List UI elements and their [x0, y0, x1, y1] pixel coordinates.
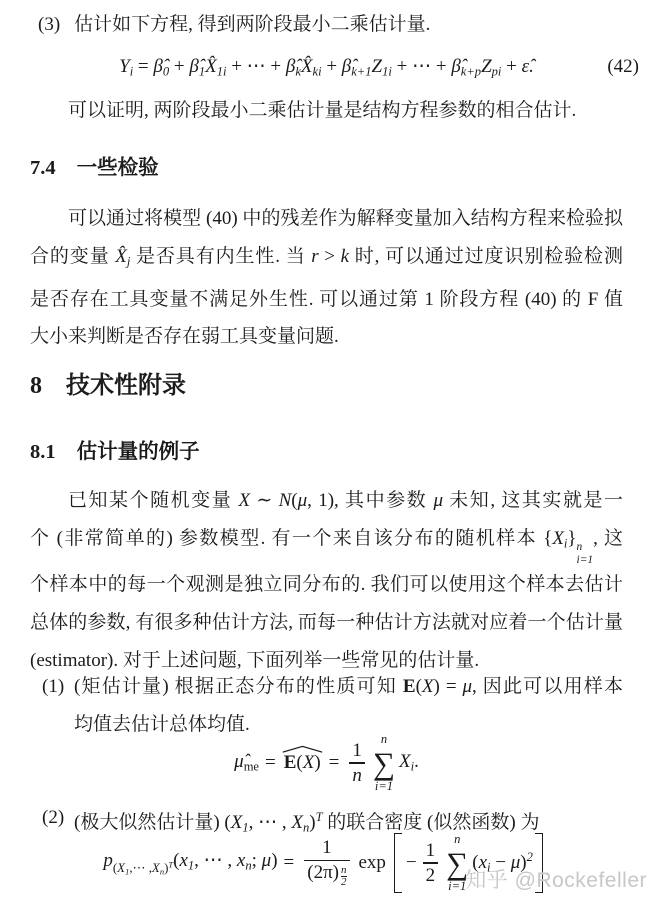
- section-title: 估计量的例子: [77, 441, 200, 463]
- math-token: ∼: [250, 490, 278, 511]
- math-token: ,⋯ ,: [129, 860, 152, 875]
- math-token: μ: [262, 850, 272, 871]
- equation-42-body: Yi = β̂0 + β̂1X̂1i + ⋯ + β̂kX̂ki + β̂k+1…: [119, 55, 534, 80]
- watermark: 知乎 @Rockefeller: [465, 864, 647, 894]
- math-token: β̂k+1: [342, 56, 372, 77]
- math-token: 可以通过将模型 (40) 中的残差作为解释变量加入结构方程来检验拟: [68, 208, 623, 229]
- math-token: β̂k: [286, 56, 301, 77]
- mu-hat-group: μ̂me: [234, 751, 259, 775]
- math-token: ): [271, 850, 277, 871]
- math-token: Xi: [552, 528, 567, 549]
- math-token: 可以证明, 两阶段最小二乘估计量是结构方程参数的相合估计.: [68, 100, 576, 121]
- math-token: >: [319, 246, 341, 267]
- section-number: 8: [30, 373, 42, 399]
- math-token: Zpi: [481, 56, 501, 77]
- text-line: 个样本中的每一个观测是独立同分布的. 我们可以使用这个样本去估计: [30, 566, 623, 604]
- math-token: +: [322, 56, 342, 77]
- math-token: X1: [117, 860, 129, 875]
- math-token: X: [239, 490, 251, 511]
- math-token: 个样本中的每一个观测是独立同分布的. 我们可以使用这个样本去估计: [30, 574, 623, 595]
- math-subscript: 1i: [382, 64, 392, 78]
- math-token: 总体的参数, 有很多种估计方法, 而每一种估计方法就对应着一个估计量: [30, 612, 623, 633]
- text-line: 个 (非常简单的) 参数模型. 有一个来自该分布的随机样本 {Xi}ni=1, …: [30, 520, 623, 567]
- math-token: + ⋯ +: [392, 56, 451, 77]
- text-line: (矩估计量) 根据正态分布的性质可知 E(X) = μ, 因此可以用样本: [74, 668, 623, 706]
- math-token: 大小来判断是否存在弱工具变量问题.: [30, 326, 339, 347]
- wide-hat-icon: [282, 745, 323, 753]
- summation-symbol: n∑i=1: [373, 733, 395, 794]
- text-line: 合的变量 X̂j 是否具有内生性. 当 r > k 时, 可以通过过度识别检验检…: [30, 238, 623, 281]
- exp-operator: exp: [359, 852, 386, 874]
- math-token: X̂j: [115, 246, 130, 267]
- math-token: ε̂.: [522, 56, 534, 77]
- equals-sign: =: [284, 852, 295, 874]
- list-item-3: (3)估计如下方程, 得到两阶段最小二乘估计量.: [30, 10, 623, 40]
- math-token: μ: [433, 490, 443, 511]
- math-token: +: [501, 56, 521, 77]
- math-superscript: T: [316, 810, 323, 824]
- math-token: μ: [298, 490, 308, 511]
- section-heading-8-1: 8.1估计量的例子: [30, 440, 623, 465]
- math-token: 估计如下方程, 得到两阶段最小二乘估计量.: [74, 14, 430, 35]
- denominator: (2π)n2: [304, 862, 349, 889]
- math-token: xn: [237, 850, 252, 871]
- math-token: μ: [463, 676, 473, 697]
- function-arguments: (x1, ⋯ , xn; μ): [173, 850, 277, 871]
- math-token: k: [341, 246, 349, 267]
- one-half-fraction: 12: [423, 840, 439, 887]
- math-token: Z1i: [372, 56, 392, 77]
- equation-moment-estimator: μ̂me = E(X) = 1n n∑i=1 Xi.: [30, 730, 623, 796]
- normalizing-fraction: 1(2π)n2: [304, 837, 349, 889]
- fraction-one-over-n: 1n: [349, 740, 365, 787]
- math-token: x1: [179, 850, 194, 871]
- math-token: 已知某个随机变量: [68, 490, 239, 511]
- equals-sign: =: [265, 752, 276, 774]
- equation-42: Yi = β̂0 + β̂1X̂1i + ⋯ + β̂kX̂ki + β̂k+1…: [30, 48, 623, 86]
- math-token: , 1), 其中参数: [307, 490, 433, 511]
- density-function-group: p(X1,⋯ ,Xn)T(x1, ⋯ , xn; μ): [103, 849, 277, 876]
- math-token: {: [543, 528, 552, 549]
- fraction-bar: [423, 862, 439, 863]
- math-token: β̂1: [189, 56, 205, 77]
- math-token: β̂0: [153, 56, 169, 77]
- math-token: ) =: [434, 676, 463, 697]
- math-token: Xi: [399, 751, 414, 772]
- math-token: }ni=1: [567, 528, 593, 549]
- math-subscript: ki: [313, 64, 322, 78]
- left-bracket: [394, 833, 402, 894]
- p-subscript: (X1,⋯ ,Xn)T: [113, 860, 173, 875]
- math-token: 是否存在工具变量不满足外生性. 可以通过第 1 阶段方程 (40) 的 F 值: [30, 289, 623, 310]
- math-token: ): [314, 752, 320, 773]
- section-number: 8.1: [30, 441, 56, 463]
- math-token: 个 (非常简单的) 参数模型. 有一个来自该分布的随机样本: [30, 528, 543, 549]
- math-token: .: [414, 751, 419, 772]
- math-token: X: [303, 752, 315, 773]
- p-symbol: p: [103, 850, 113, 871]
- math-token: N: [279, 490, 292, 511]
- equals-sign: =: [329, 752, 340, 774]
- exponent-fraction: n2: [341, 865, 347, 889]
- math-subscript: k+1: [351, 64, 371, 78]
- paragraph-estimators: 已知某个随机变量 X ∼ N(μ, 1), 其中参数 μ 未知, 这其实就是一 …: [30, 482, 623, 679]
- math-token: 未知, 这其实就是一: [443, 490, 623, 511]
- paragraph-tests: 可以通过将模型 (40) 中的残差作为解释变量加入结构方程来检验拟 合的变量 X…: [30, 200, 623, 356]
- math-limits-stack: ni=1: [577, 541, 594, 567]
- wide-hat-group: E(X): [282, 752, 323, 774]
- math-token: , 这: [593, 528, 623, 549]
- equation-number: (42): [607, 56, 639, 78]
- text-line: 可以通过将模型 (40) 中的残差作为解释变量加入结构方程来检验拟: [30, 200, 623, 238]
- math-token: β̂k+p: [451, 56, 481, 77]
- text-line: 是否存在工具变量不满足外生性. 可以通过第 1 阶段方程 (40) 的 F 值: [30, 281, 623, 319]
- item-number: (3): [38, 14, 60, 35]
- math-token: ;: [252, 850, 262, 871]
- math-token: Yi: [119, 56, 133, 77]
- math-superscript: 2: [527, 850, 533, 864]
- mu-hat-subscript: me: [244, 760, 259, 774]
- item-text: 估计如下方程, 得到两阶段最小二乘估计量.: [74, 14, 430, 35]
- math-subscript: k+p: [461, 64, 481, 78]
- math-token: X̂ki: [301, 56, 322, 77]
- fraction-bar: [304, 860, 349, 861]
- section-title: 技术性附录: [66, 373, 186, 399]
- math-token: , ⋯ ,: [194, 850, 237, 871]
- section-title: 一些检验: [77, 157, 159, 179]
- math-subscript: pi: [492, 64, 502, 78]
- text-line: 大小来判断是否存在弱工具变量问题.: [30, 318, 623, 356]
- section-heading-7-4: 7.4一些检验: [30, 156, 623, 181]
- math-token: 合的变量: [30, 246, 115, 267]
- math-token: =: [133, 56, 153, 77]
- paragraph-text: 可以证明, 两阶段最小二乘估计量是结构方程参数的相合估计.: [68, 100, 576, 121]
- text-line: 已知某个随机变量 X ∼ N(μ, 1), 其中参数 μ 未知, 这其实就是一: [30, 482, 623, 520]
- math-token: r: [311, 246, 318, 267]
- minus-sign: −: [406, 852, 417, 874]
- paragraph-conclusion: 可以证明, 两阶段最小二乘估计量是结构方程参数的相合估计.: [30, 92, 653, 130]
- math-token: +: [169, 56, 189, 77]
- summand: Xi.: [399, 751, 419, 775]
- math-token: 时, 可以通过过度识别检验检测: [349, 246, 623, 267]
- math-token: + ⋯ +: [226, 56, 285, 77]
- math-token: (矩估计量) 根据正态分布的性质可知: [74, 676, 403, 697]
- math-token: Xn: [152, 860, 164, 875]
- math-token: E: [403, 676, 416, 697]
- section-number: 7.4: [30, 157, 56, 179]
- math-token: X: [422, 676, 434, 697]
- math-token: E: [284, 752, 297, 773]
- document-page: (3)估计如下方程, 得到两阶段最小二乘估计量. Yi = β̂0 + β̂1X…: [0, 0, 653, 906]
- math-token: X̂1i: [205, 56, 226, 77]
- math-token: )T: [164, 860, 173, 875]
- math-subscript: 1i: [217, 64, 227, 78]
- fraction-bar: [349, 762, 365, 763]
- text-line: 总体的参数, 有很多种估计方法, 而每一种估计方法就对应着一个估计量: [30, 604, 623, 642]
- mu-hat: μ̂: [234, 751, 244, 772]
- math-token: 是否具有内生性. 当: [130, 246, 311, 267]
- section-heading-8: 8技术性附录: [30, 372, 623, 401]
- expectation-expression: E(X): [284, 752, 321, 773]
- math-token: , 因此可以用样本: [472, 676, 623, 697]
- item-number: (1): [42, 668, 64, 706]
